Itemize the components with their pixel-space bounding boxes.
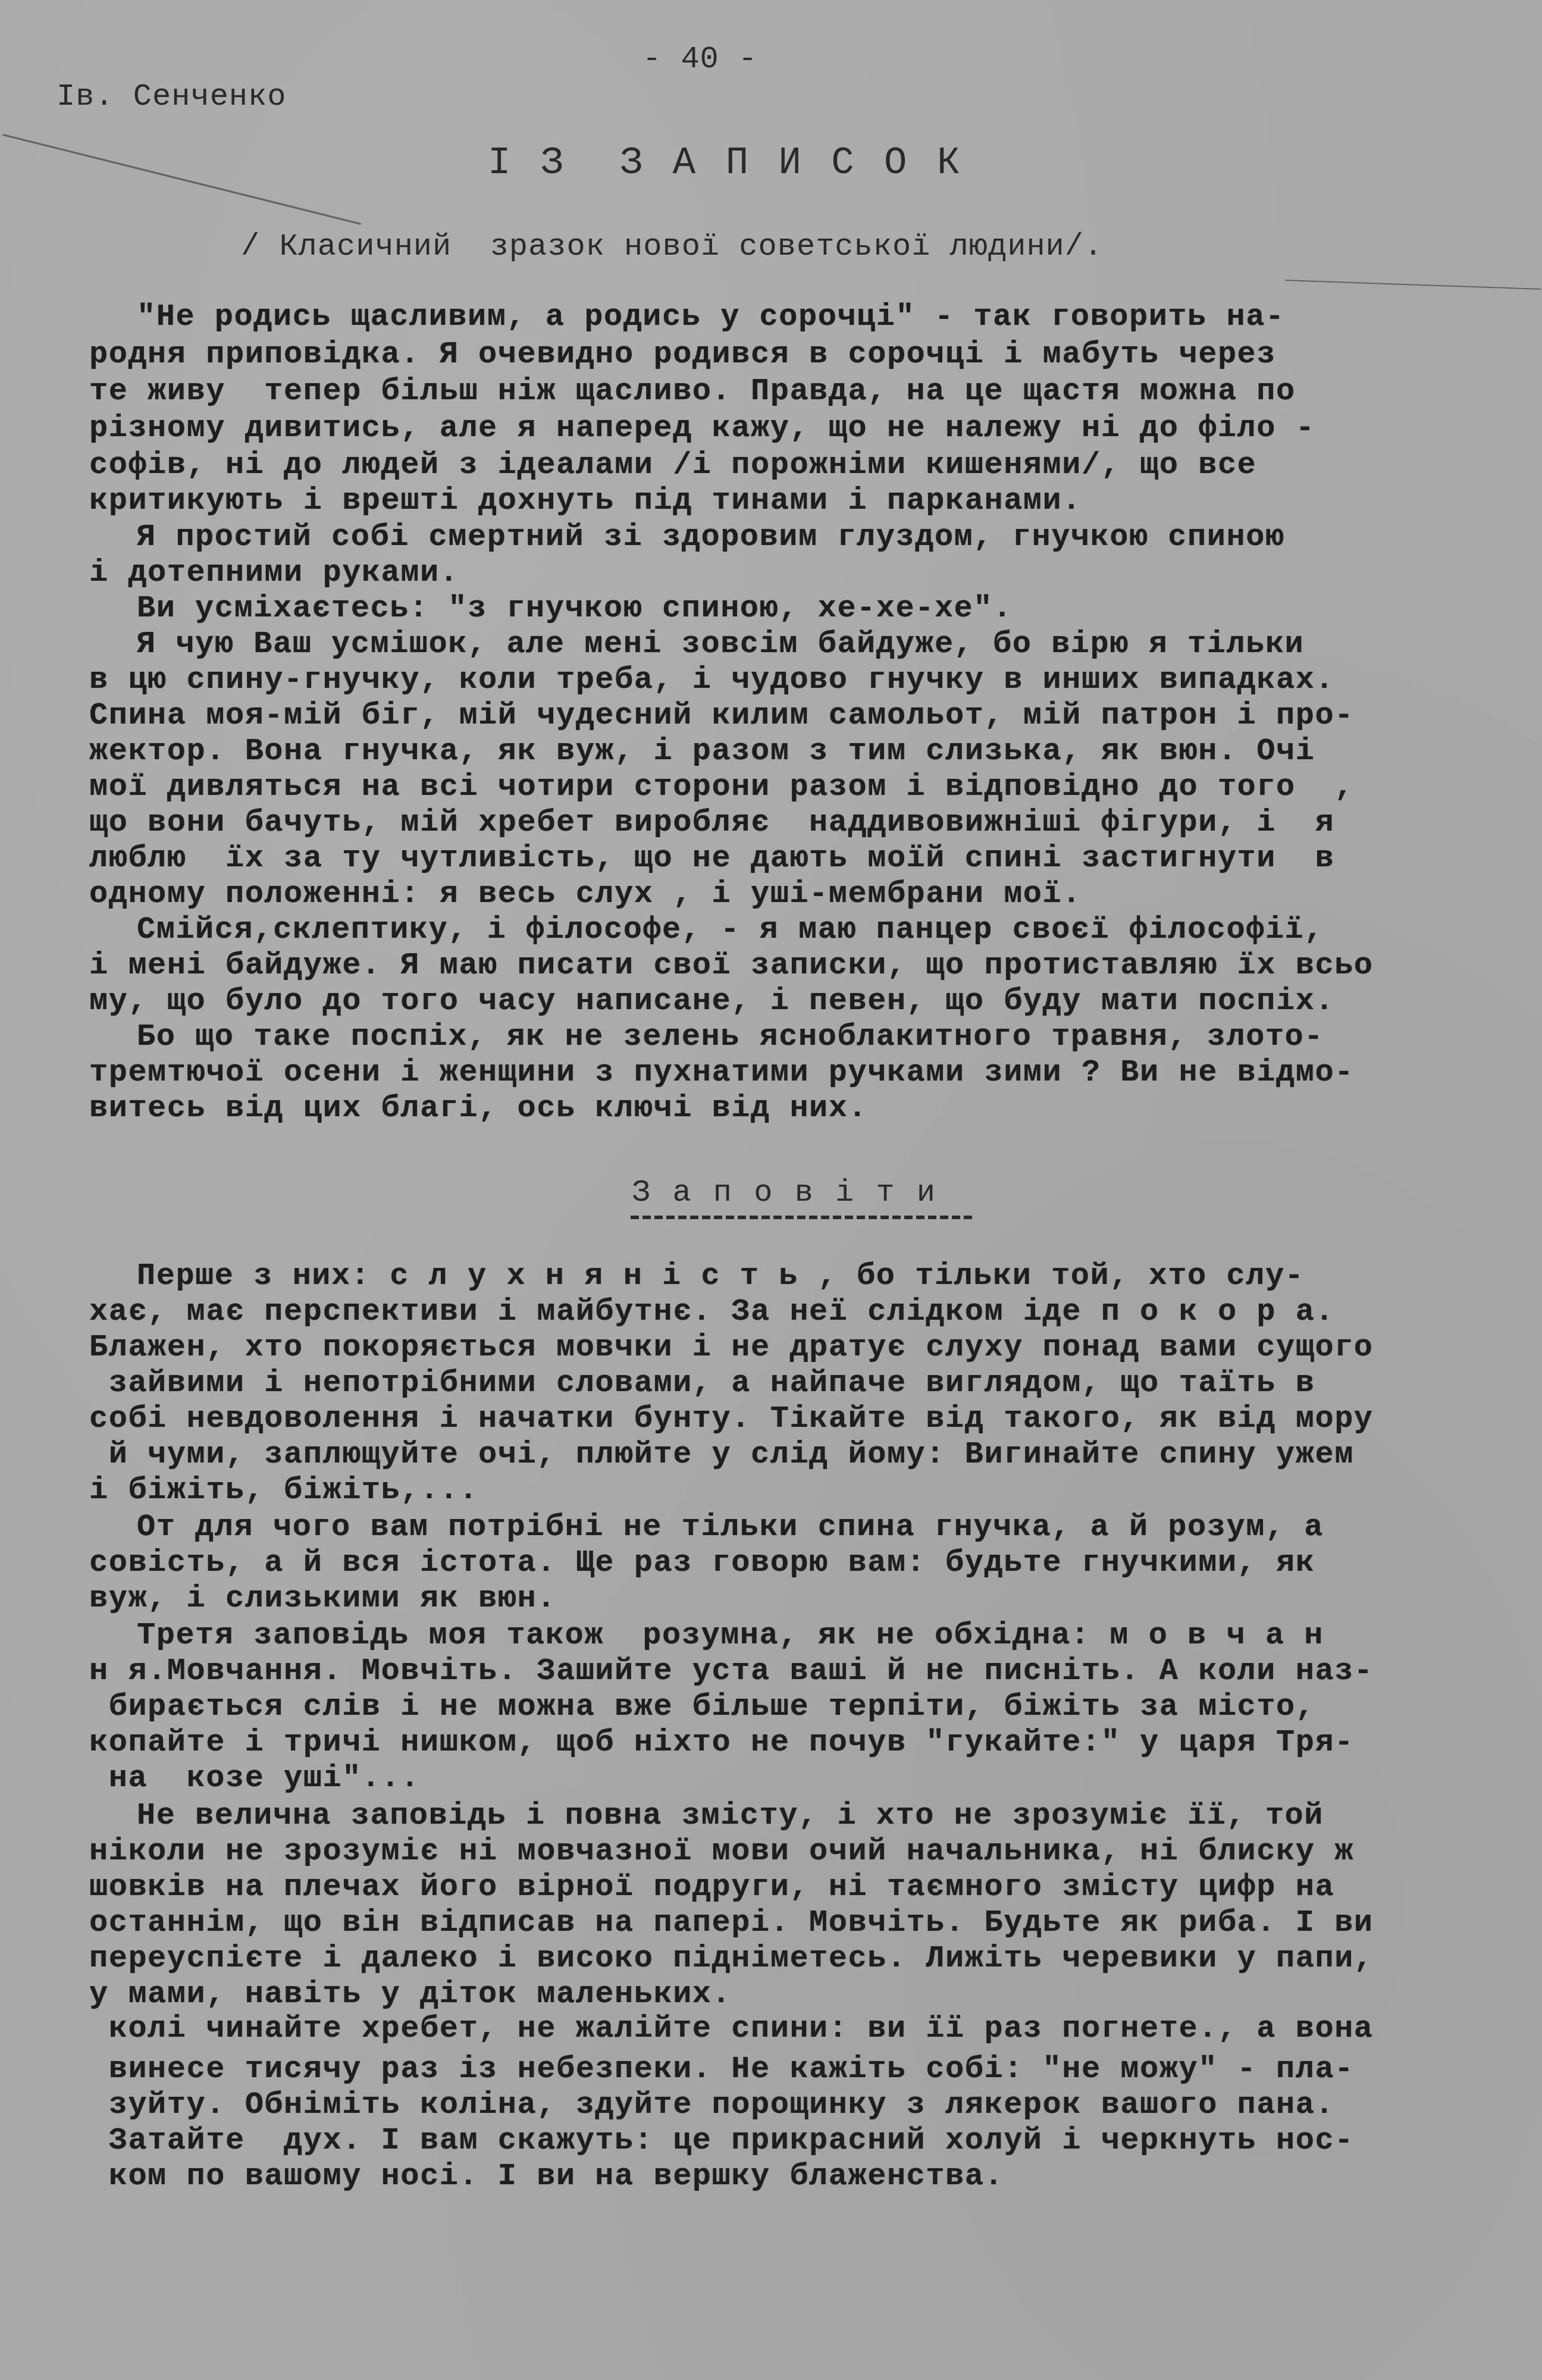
text-line: різному дивитись, але я наперед кажу, що… — [89, 411, 1315, 446]
text-line: мої дивляться на всі чотири сторони разо… — [89, 769, 1354, 805]
text-line: те живу тепер більш ніж щасливо. Правда,… — [89, 374, 1296, 409]
text-line: одному положенні: я весь слух , і уші-ме… — [89, 876, 1082, 912]
text-line: Ви усміхаєтесь: "з гнучкою спиною, хе-хе… — [137, 591, 1013, 627]
text-line: колі чинайте хребет, не жалійте спини: в… — [89, 2011, 1374, 2047]
text-line: вуж, і слизькими як вюн. — [89, 1581, 556, 1617]
text-line: Перше з них: с л у х н я н і с т ь , бо … — [137, 1258, 1304, 1294]
text-line: шовків на плечах його вірної подруги, ні… — [89, 1869, 1334, 1905]
text-line: Блажен, хто покоряється мовчки і не драт… — [89, 1330, 1374, 1366]
page-number: - 40 - — [642, 39, 757, 80]
text-line: ком по вашому носі. І ви на вершку блаже… — [89, 2159, 1004, 2194]
text-line: родня приповідка. Я очевидно родився в с… — [89, 337, 1276, 372]
text-line: переуспієте і далеко і високо піднiметес… — [89, 1941, 1374, 1977]
text-line: і дотепними руками. — [89, 555, 459, 591]
text-line: совість, а й вся істота. Ще раз говорю в… — [89, 1545, 1315, 1581]
heading-underline — [631, 1216, 976, 1219]
text-line: що вони бачуть, мій хребет виробляє надд… — [89, 805, 1334, 841]
text-line: Смійся,склептику, і філософе, - я маю па… — [137, 912, 1324, 948]
text-line: й чуми, заплющуйте очі, плюйте у слід йо… — [89, 1437, 1354, 1473]
text-line: жектор. Вона гнучка, як вуж, і разом з т… — [89, 734, 1315, 769]
text-line: люблю їх за ту чутливість, що не дають м… — [89, 841, 1334, 876]
text-line: критикують і врешті дохнуть під тинами і… — [89, 483, 1082, 519]
text-line: му, що було до того часу написане, і пев… — [89, 984, 1334, 1019]
text-line: Спина моя-мій біг, мій чудесний килим са… — [89, 698, 1354, 734]
document-title: І З З А П И С О К — [488, 143, 963, 184]
text-line: От для чого вам потрібні не тільки спина… — [137, 1510, 1324, 1545]
text-line: останнім, що він відписав на папері. Мов… — [89, 1905, 1374, 1941]
scan-scratch — [1285, 280, 1541, 290]
text-line: софів, ні до людей з ідеалами /і порожні… — [89, 447, 1256, 483]
text-line: собі невдоволення і начатки бунту. Тікай… — [89, 1401, 1374, 1437]
text-line: і мені байдуже. Я маю писати свої записк… — [89, 948, 1374, 984]
text-line: Бо що таке поспіх, як не зелень яснoблак… — [137, 1019, 1324, 1055]
text-line: винесе тисячу раз із небезпеки. Не кажіт… — [89, 2052, 1354, 2087]
text-line: копайте і тричі нишком, щоб ніхто не поч… — [89, 1725, 1354, 1761]
text-line: тремтючої осени і женщини з пухнатими ру… — [89, 1055, 1354, 1091]
text-line: Я чую Ваш усмішок, але мені зовсім байду… — [137, 627, 1304, 662]
text-line: Не велична заповідь і повна змісту, і хт… — [137, 1798, 1324, 1834]
text-line: і біжіть, біжіть,... — [89, 1473, 478, 1508]
text-line: зайвими і непотрібними словами, а найпач… — [89, 1366, 1315, 1401]
text-line: Третя заповідь моя також розумна, як не … — [137, 1618, 1324, 1654]
text-line: бирається слів і не можна вже більше тер… — [89, 1689, 1315, 1725]
text-line: на козе уші"... — [89, 1761, 420, 1796]
text-line: Затайте дух. І вам скажуть: це прикрасни… — [89, 2123, 1354, 2159]
text-line: витесь від цих благі, ось ключі від них. — [89, 1091, 867, 1126]
author-name: Ів. Сенченко — [57, 76, 286, 118]
text-line: в цю спину-гнучку, коли треба, і чудово … — [89, 662, 1334, 698]
scan-scratch — [3, 134, 361, 225]
text-line: "Не родись щасливим, а родись у сорочці"… — [137, 299, 1285, 335]
text-line: ніколи не зрозуміє ні мовчазної мови очи… — [89, 1834, 1354, 1869]
text-line: у мами, навіть у діток маленьких. — [89, 1977, 731, 2012]
document-page: - 40 - Ів. Сенченко І З З А П И С О К / … — [0, 0, 1542, 2380]
text-line: зуйту. Обнiміть коліна, здуйте порощинку… — [89, 2087, 1334, 2123]
section-heading: З а п о в і т и — [632, 1175, 937, 1211]
text-line: н я.Мовчання. Мовчіть. Зашийте уста ваші… — [89, 1654, 1374, 1689]
document-subtitle: / Класичний зразок нової советської люди… — [241, 229, 1103, 265]
text-line: хає, має перспективи і майбутнє. За неї … — [89, 1294, 1334, 1330]
text-line: Я простий собі смертний зі здоровим глуз… — [137, 519, 1285, 555]
